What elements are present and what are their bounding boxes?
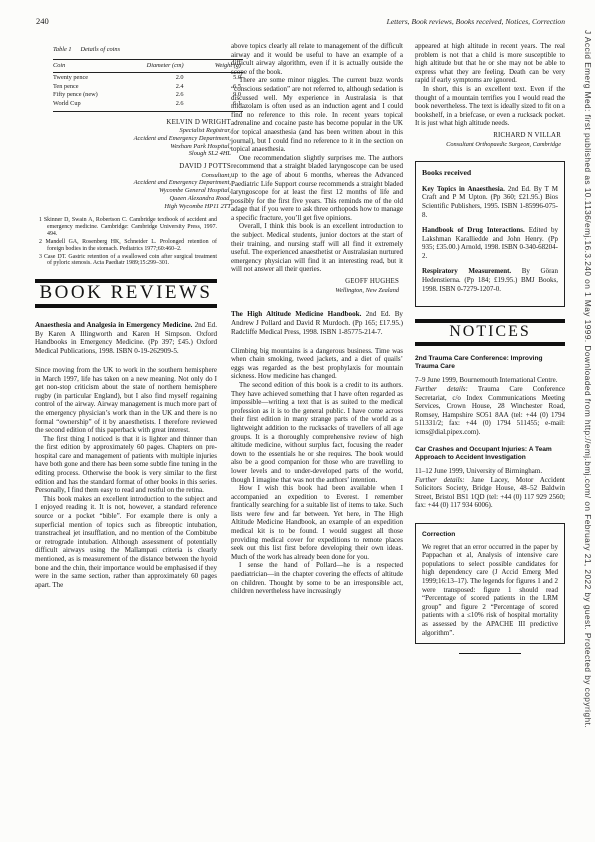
paragraph: I sense the hand of Pollard—he is a resp…: [231, 561, 403, 595]
reviewer-name: GEOFF HUGHES: [231, 278, 399, 287]
cell: World Cup: [53, 100, 140, 112]
cell: 2.6: [140, 91, 193, 100]
section-title-book-reviews: BOOK REVIEWS: [35, 283, 217, 305]
notice-details: Further details: Jane Lacey, Motor Accid…: [415, 476, 565, 510]
cell: 2.6: [140, 100, 193, 112]
table-row: Ten pence 2.4 6.5: [53, 82, 243, 91]
column-left: Table 1Details of coins Coin Diameter (c…: [35, 42, 217, 589]
correction-heading: Correction: [422, 531, 558, 540]
author-affiliation: Queen Alexandra Road,: [35, 195, 231, 203]
book-title: Respiratory Measurement.: [422, 267, 511, 275]
author-affiliation: High Wycombe HP11 2TT: [35, 203, 231, 211]
table-caption-label: Table 1: [53, 46, 72, 53]
author-affiliation: Slough SL2 4HL: [35, 150, 231, 158]
author-affiliation: Wycombe General Hospital,: [35, 187, 231, 195]
notice-date: 7–9 June 1999, Bournemouth International…: [415, 376, 565, 385]
book-received-item: Handbook of Drug Interactions. Edited by…: [422, 226, 558, 260]
column-middle: above topics clearly all relate to manag…: [231, 42, 403, 596]
reference: 1 Skinner D, Swain A, Robertson C. Cambr…: [39, 217, 217, 237]
book-received-item: Key Topics in Anaesthesia. 2nd Ed. By T …: [422, 185, 558, 219]
author-affiliation: Consultant,: [35, 172, 231, 180]
reviewer-place: Consultant Orthopaedic Surgeon, Cambridg…: [415, 141, 561, 149]
cell: 2.0: [140, 73, 193, 82]
table-caption-title: Details of coins: [81, 46, 121, 53]
paragraph: appeared at high altitude in recent year…: [415, 42, 565, 85]
reference: 2 Mandell GA, Rosenberg HK, Schneider L.…: [39, 239, 217, 252]
table-caption: Table 1Details of coins: [53, 46, 243, 54]
books-received-heading: Books received: [422, 169, 558, 178]
author-affiliation: Specialist Registrar,: [35, 127, 231, 135]
paragraph: The second edition of this book is a cre…: [231, 381, 403, 484]
notice-heading: 2nd Trauma Care Conference: Improving Tr…: [415, 355, 565, 371]
table-row: World Cup 2.6 6.1: [53, 100, 243, 112]
notice-details-label: Further details:: [415, 476, 465, 484]
book-title: Key Topics in Anaesthesia.: [422, 185, 505, 193]
journal-page: 240 Letters, Book reviews, Books receive…: [0, 0, 595, 842]
book-received-item: Respiratory Measurement. By Göran Hedens…: [422, 267, 558, 293]
notice-details-label: Further details:: [415, 385, 468, 393]
section-title-notices: NOTICES: [415, 323, 565, 343]
table-row: Fifty pence (new) 2.6 9.0: [53, 91, 243, 100]
paragraph: There are some minor niggles. The curren…: [231, 76, 403, 153]
table-header-coin: Coin: [53, 59, 140, 73]
notice-item: Car Crashes and Occupant Injuries: A Tea…: [415, 446, 565, 510]
paragraph: above topics clearly all relate to manag…: [231, 42, 403, 76]
paragraph: How I wish this book had been available …: [231, 484, 403, 561]
books-received-box: Books received Key Topics in Anaesthesia…: [415, 161, 565, 307]
reviewer-place: Wellington, New Zealand: [231, 287, 399, 295]
author-name: KELVIN D WRIGHT: [35, 119, 231, 128]
table-header-diameter: Diameter (cm): [140, 59, 193, 73]
copyright-sidebar: J Accid Emerg Med: first published as 10…: [583, 30, 593, 835]
author-affiliation: Accident and Emergency Department,: [35, 135, 231, 143]
correction-body: We regret that an error occurred in the …: [422, 543, 558, 638]
reference-list: 1 Skinner D, Swain A, Robertson C. Cambr…: [39, 217, 217, 267]
reference: 3 Case DT. Gastric retention of a swallo…: [39, 254, 217, 267]
review1-citation: Anaesthesia and Analgesia in Emergency M…: [35, 321, 217, 356]
review1-signature: GEOFF HUGHES Wellington, New Zealand: [231, 278, 399, 294]
book-title: Handbook of Drug Interactions.: [422, 226, 525, 234]
author-affiliation: Wexham Park Hospital,: [35, 143, 231, 151]
author-affiliation: Accident and Emergency Department,: [35, 179, 231, 187]
paragraph: Since moving from the UK to work in the …: [35, 366, 217, 435]
end-rule: [459, 653, 521, 654]
paragraph: In short, this is an excellent text. Eve…: [415, 85, 565, 128]
correction-box: Correction We regret that an error occur…: [415, 523, 565, 644]
notices-banner: NOTICES: [415, 319, 565, 346]
cell: Twenty pence: [53, 73, 140, 82]
page-number: 240: [36, 16, 49, 26]
paragraph: Climbing big mountains is a dangerous bu…: [231, 347, 403, 381]
notice-heading: Car Crashes and Occupant Injuries: A Tea…: [415, 446, 565, 462]
review2-signature: RICHARD N VILLAR Consultant Orthopaedic …: [415, 132, 561, 148]
table-row: Twenty pence 2.0 5.0: [53, 73, 243, 82]
rule: [415, 342, 565, 346]
review2-citation: The High Altitude Medicine Handbook. 2nd…: [231, 310, 403, 336]
column-right: appeared at high altitude in recent year…: [415, 42, 565, 654]
notice-item: 2nd Trauma Care Conference: Improving Tr…: [415, 355, 565, 437]
paragraph: Overall, I think this book is an excelle…: [231, 222, 403, 274]
review1-book-title: Anaesthesia and Analgesia in Emergency M…: [35, 321, 192, 329]
paragraph: The first thing I noticed is that it is …: [35, 435, 217, 495]
paragraph: One recommendation slightly surprises me…: [231, 154, 403, 223]
cell: Ten pence: [53, 82, 140, 91]
notice-details: Further details: Trauma Care Conference …: [415, 385, 565, 437]
paragraph: This book makes an excellent introductio…: [35, 495, 217, 590]
rule: [35, 304, 217, 308]
cell: Fifty pence (new): [53, 91, 140, 100]
reviewer-name: RICHARD N VILLAR: [415, 132, 561, 141]
author-name: DAVID J POTTS: [35, 163, 231, 172]
coins-data-table: Coin Diameter (cm) Weight (g) Twenty pen…: [53, 59, 243, 112]
cell: 2.4: [140, 82, 193, 91]
review2-book-title: The High Altitude Medicine Handbook.: [231, 310, 361, 318]
running-head: Letters, Book reviews, Books received, N…: [387, 17, 565, 26]
coins-table: Table 1Details of coins Coin Diameter (c…: [53, 46, 243, 112]
notice-details-text: Trauma Care Conference Secretariat, c/o …: [415, 385, 565, 436]
notice-date: 11–12 June 1999, University of Birmingha…: [415, 467, 565, 476]
book-reviews-banner: BOOK REVIEWS: [35, 279, 217, 308]
letter-signatures: KELVIN D WRIGHT Specialist Registrar, Ac…: [35, 119, 231, 211]
